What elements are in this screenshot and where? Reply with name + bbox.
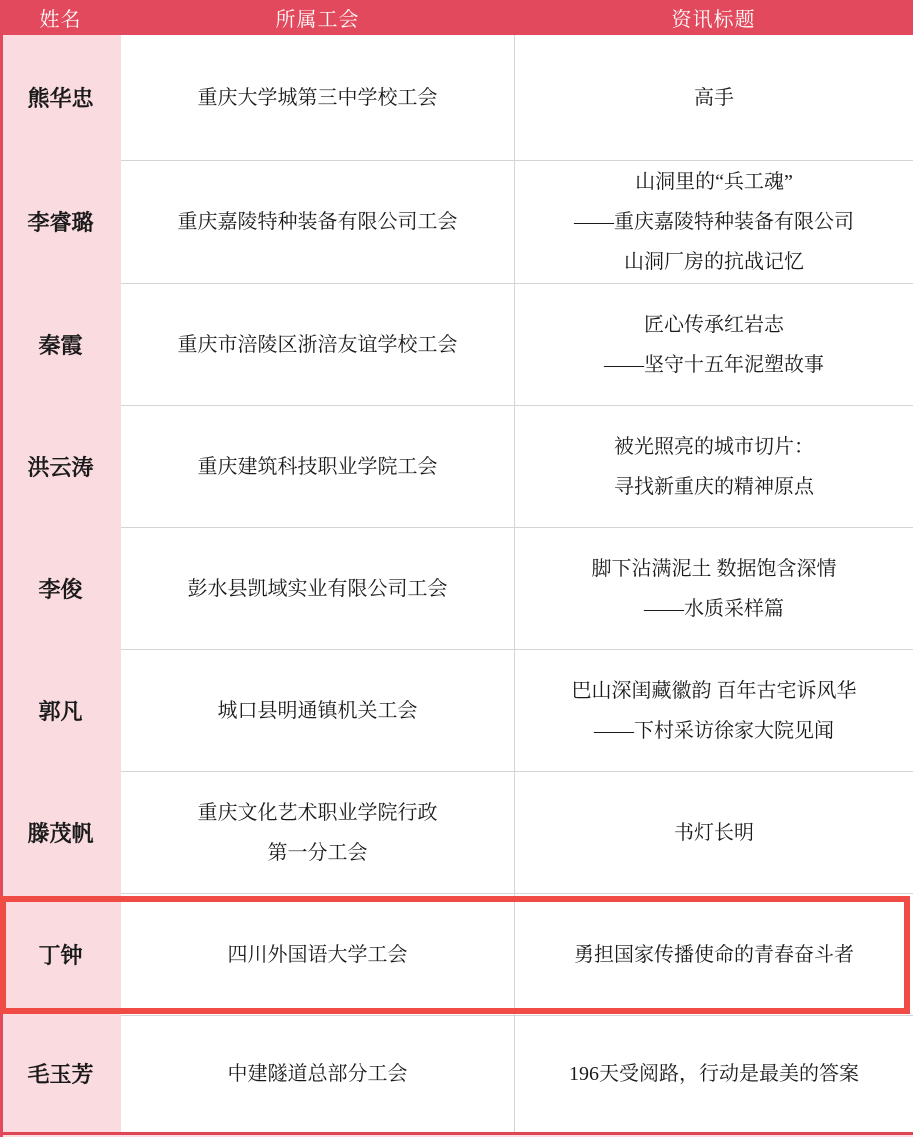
column-header-title: 资讯标题 (514, 0, 913, 35)
cell-name: 毛玉芳 (0, 1015, 121, 1132)
table-body: 熊华忠 重庆大学城第三中学校工会 高手 李睿璐 重庆嘉陵特种装备有限公司工会 山… (0, 35, 913, 1132)
cell-union: 重庆文化艺术职业学院行政 第一分工会 (121, 771, 514, 893)
table-row: 滕茂帆 重庆文化艺术职业学院行政 第一分工会 书灯长明 (0, 771, 913, 893)
union-news-table-page: 姓名 所属工会 资讯标题 熊华忠 重庆大学城第三中学校工会 高手 李睿璐 重庆嘉… (0, 0, 913, 1137)
next-row-edge (0, 1132, 913, 1137)
column-header-name: 姓名 (0, 0, 121, 35)
cell-union: 重庆市涪陵区浙涪友谊学校工会 (121, 283, 514, 405)
cell-union: 彭水县凯域实业有限公司工会 (121, 527, 514, 649)
table-row: 李睿璐 重庆嘉陵特种装备有限公司工会 山洞里的“兵工魂” ——重庆嘉陵特种装备有… (0, 160, 913, 283)
cell-union: 重庆大学城第三中学校工会 (121, 35, 514, 160)
cell-name: 李俊 (0, 527, 121, 649)
table-row: 毛玉芳 中建隧道总部分工会 196天受阅路，行动是最美的答案 (0, 1015, 913, 1132)
cell-name: 滕茂帆 (0, 771, 121, 893)
cell-title: 被光照亮的城市切片： 寻找新重庆的精神原点 (514, 405, 913, 527)
cell-title: 匠心传承红岩志 ——坚守十五年泥塑故事 (514, 283, 913, 405)
cell-union: 重庆嘉陵特种装备有限公司工会 (121, 160, 514, 283)
table-row: 李俊 彭水县凯域实业有限公司工会 脚下沾满泥土 数据饱含深情 ——水质采样篇 (0, 527, 913, 649)
cell-title: 高手 (514, 35, 913, 160)
cell-union: 城口县明通镇机关工会 (121, 649, 514, 771)
left-edge-line (0, 35, 3, 1137)
cell-name: 李睿璐 (0, 160, 121, 283)
table-header-row: 姓名 所属工会 资讯标题 (0, 0, 913, 35)
table-row-highlighted[interactable]: 丁钟 四川外国语大学工会 勇担国家传播使命的青春奋斗者 (0, 893, 913, 1015)
table-row: 郭凡 城口县明通镇机关工会 巴山深闺藏徽韵 百年古宅诉风华 ——下村采访徐家大院… (0, 649, 913, 771)
column-header-union: 所属工会 (121, 0, 514, 35)
cell-name: 丁钟 (0, 893, 121, 1015)
cell-union: 中建隧道总部分工会 (121, 1015, 514, 1132)
cell-title: 脚下沾满泥土 数据饱含深情 ——水质采样篇 (514, 527, 913, 649)
cell-title: 书灯长明 (514, 771, 913, 893)
table-row: 秦霞 重庆市涪陵区浙涪友谊学校工会 匠心传承红岩志 ——坚守十五年泥塑故事 (0, 283, 913, 405)
cell-name: 熊华忠 (0, 35, 121, 160)
cell-name: 郭凡 (0, 649, 121, 771)
table-row: 熊华忠 重庆大学城第三中学校工会 高手 (0, 35, 913, 160)
table-row: 洪云涛 重庆建筑科技职业学院工会 被光照亮的城市切片： 寻找新重庆的精神原点 (0, 405, 913, 527)
cell-union: 四川外国语大学工会 (121, 893, 514, 1015)
cell-title: 196天受阅路，行动是最美的答案 (514, 1015, 913, 1132)
cell-title: 山洞里的“兵工魂” ——重庆嘉陵特种装备有限公司 山洞厂房的抗战记忆 (514, 160, 913, 283)
cell-title: 巴山深闺藏徽韵 百年古宅诉风华 ——下村采访徐家大院见闻 (514, 649, 913, 771)
cell-title: 勇担国家传播使命的青春奋斗者 (514, 893, 913, 1015)
cell-name: 秦霞 (0, 283, 121, 405)
cell-union: 重庆建筑科技职业学院工会 (121, 405, 514, 527)
cell-name: 洪云涛 (0, 405, 121, 527)
